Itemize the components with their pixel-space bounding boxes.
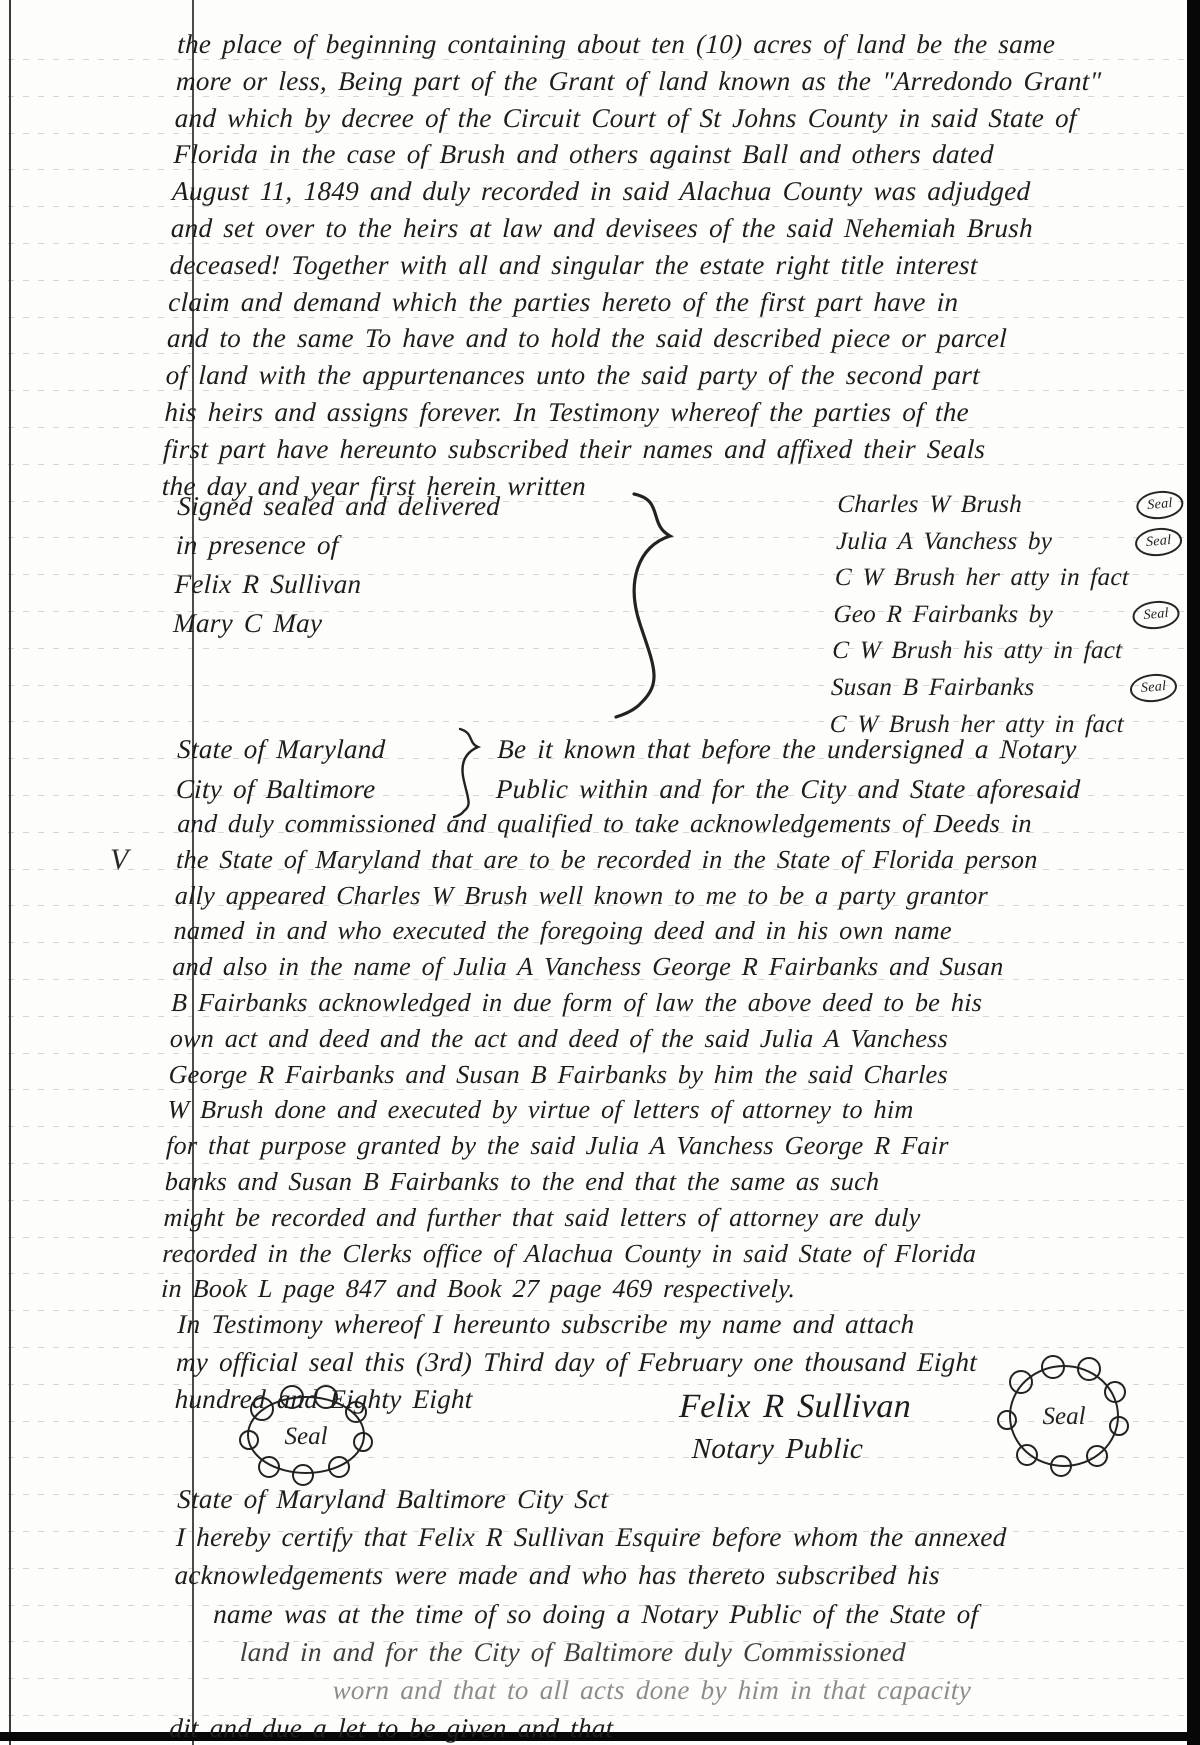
- venue-line: City of Baltimore: [175, 769, 384, 809]
- witness-line: Signed sealed and delivered: [177, 487, 501, 526]
- signature-name: Julia A Vanchess by: [835, 524, 1052, 561]
- handwritten-line: State of Maryland Baltimore City Sct: [177, 1480, 1188, 1518]
- signature-row: C W Brush her atty in fact: [834, 560, 1185, 597]
- signature-row: Susan B Fairbanks Seal: [830, 670, 1181, 707]
- signature-name: Charles W Brush: [837, 487, 1023, 524]
- signature-name: C W Brush his atty in fact: [832, 633, 1123, 670]
- handwritten-line: I hereby certify that Felix R Sullivan E…: [175, 1518, 1186, 1556]
- handwritten-line: ally appeared Charles W Brush well known…: [174, 878, 1185, 914]
- witness-line: in presence of: [175, 526, 499, 565]
- notary-seal-right-icon: Seal: [993, 1352, 1135, 1480]
- handwritten-line: George R Fairbanks and Susan B Fairbanks…: [168, 1057, 1179, 1093]
- notary-opening: Be it known that before the undersigned …: [495, 729, 1190, 809]
- handwritten-line: Be it known that before the undersigned …: [497, 729, 1190, 769]
- handwritten-line: might be recorded and further that said …: [163, 1200, 1174, 1236]
- brace-icon: [612, 490, 674, 720]
- handwritten-line: the State of Maryland that are to be rec…: [175, 842, 1186, 878]
- signature-name: Geo R Fairbanks by: [833, 597, 1054, 634]
- handwritten-line: and duly commissioned and qualified to t…: [177, 806, 1188, 842]
- handwritten-line: for that purpose granted by the said Jul…: [165, 1128, 1176, 1164]
- handwritten-line: his heirs and assigns forever. In Testim…: [164, 394, 1175, 431]
- handwritten-line: recorded in the Clerks office of Alachua…: [162, 1236, 1173, 1272]
- handwritten-line: and also in the name of Julia A Vanchess…: [172, 949, 1183, 985]
- acknowledgment-text: and duly commissioned and qualified to t…: [160, 806, 1188, 1307]
- handwritten-line: acknowledgements were made and who has t…: [174, 1556, 1185, 1594]
- handwritten-line: land in and for the City of Baltimore du…: [239, 1633, 1182, 1671]
- handwritten-line: Public within and for the City and State…: [495, 769, 1188, 809]
- seal-chip-icon: Seal: [1135, 489, 1184, 521]
- deed-body-text: the place of beginning containing about …: [161, 26, 1188, 504]
- signature-row: Julia A Vanchess by Seal: [835, 524, 1186, 561]
- handwritten-line: of land with the appurtenances unto the …: [165, 357, 1176, 394]
- notary-signature-block: Felix R Sullivan Notary Public: [677, 1385, 912, 1469]
- handwritten-line: and set over to the heirs at law and dev…: [170, 210, 1181, 247]
- handwritten-line: named in and who executed the foregoing …: [173, 913, 1184, 949]
- handwritten-line: banks and Susan B Fairbanks to the end t…: [164, 1164, 1175, 1200]
- handwritten-line: Florida in the case of Brush and others …: [173, 136, 1184, 173]
- handwritten-line: W Brush done and executed by virtue of l…: [167, 1092, 1178, 1128]
- handwritten-line: in Book L page 847 and Book 27 page 469 …: [160, 1271, 1171, 1307]
- signature-row: Geo R Fairbanks by Seal: [833, 597, 1184, 634]
- signature-name: Susan B Fairbanks: [830, 670, 1035, 707]
- handwritten-line: and to the same To have and to hold the …: [166, 320, 1177, 357]
- seal-chip-icon: Seal: [1129, 672, 1178, 704]
- witness-line: Felix R Sullivan: [174, 565, 498, 604]
- signature-row: Charles W Brush Seal: [837, 487, 1188, 524]
- signature-block: Charles W Brush Seal Julia A Vanchess by…: [829, 487, 1188, 743]
- seal-label: Seal: [1042, 1403, 1085, 1430]
- seal-label: Seal: [284, 1423, 327, 1450]
- handwritten-line: deceased! Together with all and singular…: [169, 247, 1180, 284]
- handwritten-line: first part have hereunto subscribed thei…: [163, 431, 1174, 468]
- seal-chip-icon: Seal: [1131, 599, 1180, 631]
- handwritten-line: more or less, Being part of the Grant of…: [175, 63, 1186, 100]
- witness-line: Mary C May: [173, 604, 497, 643]
- handwritten-line: August 11, 1849 and duly recorded in sai…: [172, 173, 1183, 210]
- handwritten-line: worn and that to all acts done by him in…: [332, 1671, 1181, 1709]
- handwritten-line: In Testimony whereof I hereunto subscrib…: [177, 1306, 1188, 1344]
- handwritten-line: B Fairbanks acknowledged in due form of …: [170, 985, 1181, 1021]
- scan-right-edge-bar: [1187, 0, 1200, 1745]
- margin-checkmark: V: [110, 843, 128, 877]
- notary-venue: State of Maryland City of Baltimore: [175, 729, 386, 809]
- handwritten-line: and which by decree of the Circuit Court…: [174, 100, 1185, 137]
- signature-name: C W Brush her atty in fact: [834, 560, 1130, 597]
- handwritten-line: name was at the time of so doing a Notar…: [213, 1595, 1184, 1633]
- document-page: V the place of beginning containing abou…: [0, 0, 1200, 1745]
- venue-line: State of Maryland: [177, 729, 386, 769]
- handwritten-line: claim and demand which the parties heret…: [168, 284, 1179, 321]
- notary-title: Notary Public: [677, 1429, 910, 1469]
- witness-block: Signed sealed and deliveredin presence o…: [173, 487, 501, 643]
- handwritten-line: own act and deed and the act and deed of…: [169, 1021, 1180, 1057]
- certification-text: State of Maryland Baltimore City SctI he…: [169, 1480, 1188, 1745]
- notary-seal-left-icon: Seal: [230, 1384, 382, 1486]
- page-left-edge-line: [9, 0, 11, 1745]
- seal-chip-icon: Seal: [1134, 526, 1183, 558]
- handwritten-line: the place of beginning containing about …: [177, 26, 1188, 63]
- signature-row: C W Brush his atty in fact: [832, 633, 1183, 670]
- notary-signature: Felix R Sullivan: [678, 1385, 911, 1429]
- handwritten-line: dit and due a let to be given and that: [169, 1709, 1180, 1745]
